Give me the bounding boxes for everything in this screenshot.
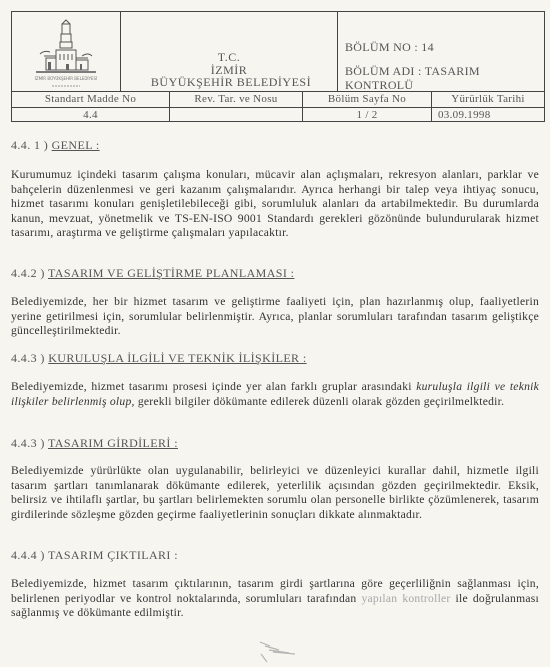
label-effective-date: Yürürlük Tarihi <box>432 92 544 107</box>
document-header-table: İZMİR BÜYÜKŞEHİR BELEDİYESİ T.C. İZMİR B… <box>11 11 545 122</box>
section-heading-design-outputs: 4.4.4 ) TASARIM ÇIKTILARI : <box>11 548 178 563</box>
label-section-page-no: Bölüm Sayfa No <box>303 92 432 107</box>
value-effective-date: 03.09.1998 <box>432 108 544 121</box>
label-revision-date-no: Rev. Tar. ve Nosu <box>170 92 303 107</box>
section-heading-design-inputs: 4.4.3 ) TASARIM GİRDİLERİ : <box>11 436 178 451</box>
header-values-row: 4.4 1 / 2 03.09.1998 <box>12 107 544 121</box>
izmir-clock-tower-logo-icon: İZMİR BÜYÜKŞEHİR BELEDİYESİ <box>26 18 106 90</box>
label-standard-item-no: Standart Madde No <box>12 92 170 107</box>
municipality-title-cell: T.C. İZMİR BÜYÜKŞEHİR BELEDİYESİ <box>121 12 338 91</box>
svg-text:İZMİR BÜYÜKŞEHİR BELEDİYESİ: İZMİR BÜYÜKŞEHİR BELEDİYESİ <box>35 76 98 81</box>
header-labels-row: Standart Madde No Rev. Tar. ve Nosu Bölü… <box>12 91 544 107</box>
section-heading-design-planning: 4.4.2 ) TASARIM VE GELİŞTİRME PLANLAMASI… <box>11 266 294 281</box>
section-paragraph-design-inputs: Belediyemizde yürürlükte olan uygulanabi… <box>11 464 539 522</box>
section-heading-general: 4.4. 1 ) GENEL : <box>11 138 100 153</box>
logo-cell: İZMİR BÜYÜKŞEHİR BELEDİYESİ <box>12 12 121 91</box>
title-line-tc: T.C. <box>121 50 337 64</box>
section-paragraph-design-outputs: Belediyemizde, hizmet tasarım çıktıların… <box>11 577 539 621</box>
section-number: BÖLÜM NO : 14 <box>345 40 434 55</box>
value-section-page-no: 1 / 2 <box>303 108 432 121</box>
title-line-municipality: BÜYÜKŞEHİR BELEDİYESİ <box>121 75 341 89</box>
section-info-cell: BÖLÜM NO : 14 BÖLÜM ADI : TASARIM KONTRO… <box>338 12 544 91</box>
section-name: BÖLÜM ADI : TASARIM KONTROLÜ <box>345 64 480 92</box>
value-revision-date-no <box>170 108 303 121</box>
section-paragraph-interfaces: Belediyemizde, hizmet tasarımı prosesi i… <box>11 380 539 409</box>
value-standard-item-no: 4.4 <box>12 108 170 121</box>
section-paragraph-design-planning: Belediyemizde, her bir hizmet tasarım ve… <box>11 295 539 339</box>
section-paragraph-general: Kurumumuz içindeki tasarım çalışma konul… <box>11 168 539 241</box>
document-page: İZMİR BÜYÜKŞEHİR BELEDİYESİ T.C. İZMİR B… <box>0 0 550 667</box>
section-heading-interfaces: 4.4.3 ) KURULUŞLA İLGİLİ VE TEKNİK İLİŞK… <box>11 351 307 366</box>
ink-smudge-mark <box>255 640 305 665</box>
